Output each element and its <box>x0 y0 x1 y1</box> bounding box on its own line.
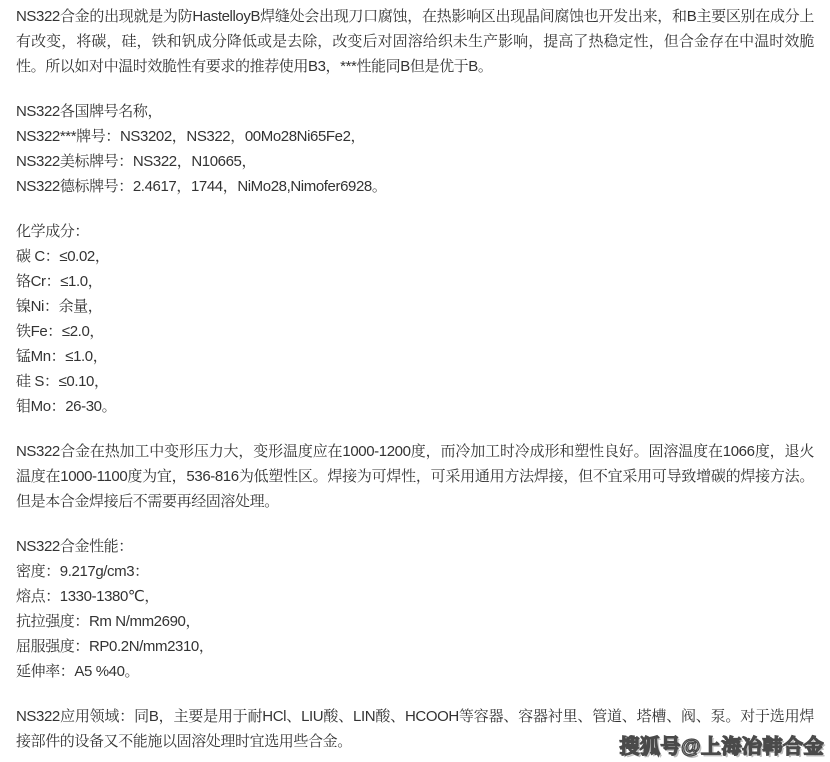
text-line: 密度：9.217g/cm3： <box>16 559 814 584</box>
text-line: 钼Mo：26-30。 <box>16 394 814 419</box>
text-line: NS322***牌号：NS3202，NS322，00Mo28Ni65Fe2， <box>16 124 814 149</box>
text-line: 抗拉强度：Rm N/mm2690， <box>16 609 814 634</box>
paragraph-brand-names: NS322各国牌号名称， NS322***牌号：NS3202，NS322，00M… <box>16 99 814 199</box>
text-line: 延伸率：A5 %40。 <box>16 659 814 684</box>
text-line: NS322合金性能： <box>16 534 814 559</box>
text-line: 化学成分： <box>16 219 814 244</box>
paragraph-processing: NS322合金在热加工中变形压力大，变形温度应在1000-1200度，而冷加工时… <box>16 439 814 514</box>
paragraph-intro: NS322合金的出现就是为防HastelloyB焊缝处会出现刀口腐蚀，在热影响区… <box>16 4 814 79</box>
text-line: NS322德标牌号：2.4617，1744，NiMo28,Nimofer6928… <box>16 174 814 199</box>
text-line: 碳 C：≤0.02， <box>16 244 814 269</box>
text-line: 锰Mn：≤1.0， <box>16 344 814 369</box>
paragraph-properties: NS322合金性能： 密度：9.217g/cm3： 熔点：1330-1380℃，… <box>16 534 814 684</box>
text-line: 硅 S：≤0.10， <box>16 369 814 394</box>
text-line: 镍Ni：余量， <box>16 294 814 319</box>
text-line: 熔点：1330-1380℃， <box>16 584 814 609</box>
text-line: 屈服强度：RP0.2N/mm2310， <box>16 634 814 659</box>
text-line: NS322美标牌号：NS322，N10665， <box>16 149 814 174</box>
watermark-sohu: 搜狐号@上海冶韩合金 <box>619 730 824 759</box>
text-line: NS322合金在热加工中变形压力大，变形温度应在1000-1200度，而冷加工时… <box>16 439 814 514</box>
text-line: NS322合金的出现就是为防HastelloyB焊缝处会出现刀口腐蚀，在热影响区… <box>16 4 814 79</box>
text-line: 铁Fe：≤2.0， <box>16 319 814 344</box>
text-line: 铬Cr：≤1.0， <box>16 269 814 294</box>
text-line: NS322各国牌号名称， <box>16 99 814 124</box>
article-body: NS322合金的出现就是为防HastelloyB焊缝处会出现刀口腐蚀，在热影响区… <box>0 0 830 754</box>
paragraph-chemical-composition: 化学成分： 碳 C：≤0.02， 铬Cr：≤1.0， 镍Ni：余量， 铁Fe：≤… <box>16 219 814 419</box>
